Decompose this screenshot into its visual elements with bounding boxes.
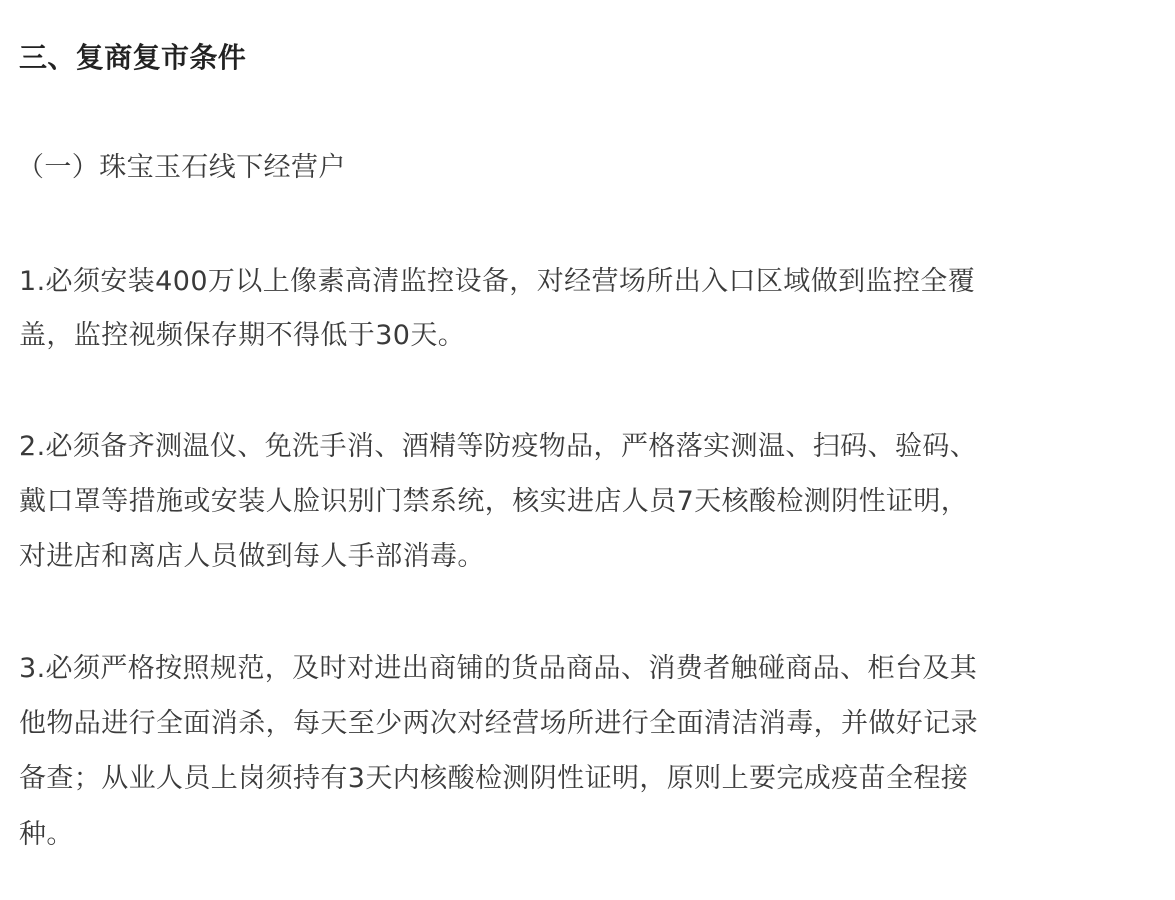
- section-heading: 三、复商复市条件: [19, 38, 246, 78]
- paragraph-line: 种。: [19, 815, 74, 855]
- paragraph-line: 备查；从业人员上岗须持有3天内核酸检测阴性证明，原则上要完成疫苗全程接: [19, 759, 968, 799]
- paragraph-line: 1.必须安装400万以上像素高清监控设备，对经营场所出入口区域做到监控全覆: [19, 262, 975, 302]
- paragraph-line: 对进店和离店人员做到每人手部消毒。: [19, 537, 485, 577]
- paragraph-line: 戴口罩等措施或安装人脸识别门禁系统，核实进店人员7天核酸检测阴性证明，: [19, 482, 968, 522]
- paragraph-line: 他物品进行全面消杀，每天至少两次对经营场所进行全面清洁消毒，并做好记录: [19, 704, 978, 744]
- paragraph-line: 3.必须严格按照规范，及时对进出商铺的货品商品、消费者触碰商品、柜台及其: [19, 649, 977, 689]
- subsection-heading: （一）珠宝玉石线下经营户: [17, 148, 346, 188]
- paragraph-line: 2.必须备齐测温仪、免洗手消、酒精等防疫物品，严格落实测温、扫码、验码、: [19, 427, 977, 467]
- paragraph-line: 盖，监控视频保存期不得低于30天。: [19, 316, 465, 356]
